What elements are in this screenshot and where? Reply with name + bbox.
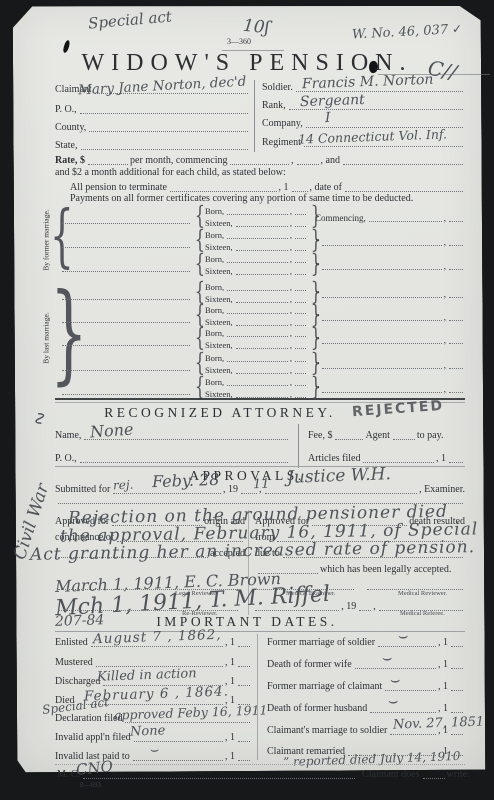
sixteen-label: Sixteen, [205,218,233,228]
footer-rule [55,764,465,765]
dotted-line [451,665,463,669]
dotted-line [170,188,277,192]
dotted-line [451,643,463,647]
submitted-date: Feby. 28 [152,470,220,491]
year-prefix: , 1 [225,751,235,762]
field-county: County, [55,122,250,133]
dotted-line [322,294,441,298]
dotted-line [393,436,415,440]
field-former-marriage-soldier: Former marriage of soldier, 1 [267,637,465,648]
medical-reviewer-label: Medical Reviewer. [398,590,447,597]
dotted-line [227,333,288,337]
comma: , [290,206,292,216]
dotted-line [80,459,288,463]
payments-note: Payments on all former certificates cove… [70,193,465,204]
company-value: I [325,110,331,126]
ditto-mark: ” [315,241,319,247]
dotted-line [449,218,463,222]
important-dates-title: IMPORTANT DATES. [0,614,494,630]
dotted-line [449,294,463,298]
and-label: , and [321,155,340,166]
year-prefix: , 1 [225,637,235,648]
death-former-husband-value: ⌣ [388,691,399,711]
year-prefix: , 1 [438,659,448,670]
year-prefix: , 1 [225,732,235,743]
comma: , [290,218,292,228]
field-fee: Fee, $ Agent to pay. [308,430,465,441]
brace-open: { [195,325,205,350]
child-row: { Born,, Sixteen,, } ”, [62,252,465,276]
former-marriage-soldier-value: ⌣ [398,626,409,646]
dotted-line [133,757,223,761]
child-name-line [62,367,190,371]
comma: , [290,242,292,252]
enlisted-label: Enlisted [55,637,88,648]
dotted-line [236,345,288,349]
rate-line: Rate, $ per month, commencing , , and [55,155,465,166]
born-line: Born,, [205,280,308,292]
year-prefix: , 1 [279,182,289,193]
born-line: Born,, [205,326,308,338]
child-row: { Born,, Sixteen,, } ”, [62,326,465,350]
mc-value: CNO [75,757,114,779]
dotted-line [88,161,128,165]
born-label: Born, [205,282,224,292]
regiment-label: Regiment [262,137,301,148]
comma: , [290,305,292,315]
comma: , [444,213,446,223]
attorney-name-value: None [89,420,134,442]
born-label: Born, [205,377,224,387]
dotted-line [363,459,434,463]
born-line: Born,, [205,351,308,363]
dotted-line [89,128,248,132]
born-line: Born,, [205,228,308,240]
dotted-line [449,340,463,344]
terminate-line: All pension to terminate , 1 , date of [70,182,465,193]
po-label: P. O., [55,104,77,115]
dotted-line [295,247,306,251]
dotted-line [295,287,306,291]
born-sixteen-pair: Born,, Sixteen,, [205,326,308,350]
soldier-label: Soldier. [262,82,293,93]
dotted-line [295,235,306,239]
dotted-line [230,161,289,165]
year-prefix: , 1 [436,453,446,464]
dotted-line [236,370,288,374]
dotted-line [295,271,306,275]
stamp-overwrite-mark: 10ʃ [242,16,270,39]
per-month-label: per month, commencing [130,155,227,166]
dotted-line [238,682,250,686]
dotted-line [227,211,288,215]
child-row: { Born,, Sixteen,, } ”, [62,351,465,375]
comma: , [444,360,446,370]
dotted-line [322,365,441,369]
approvals-section-title: APPROVALS. [0,468,494,484]
dotted-line [451,709,463,713]
dotted-line [322,266,441,270]
born-line: Born,, [205,375,308,387]
dotted-line [295,370,306,374]
dotted-line [227,358,288,362]
comma: , [290,266,292,276]
dotted-line [297,161,319,165]
dotted-line [238,663,250,667]
invalid-last-paid-value: ⌣ [150,742,160,758]
born-label: Born, [205,328,224,338]
comma: , [290,365,292,375]
dotted-line [227,310,288,314]
year-prefix: , 1 [438,637,448,648]
comma: , [291,155,294,166]
comma: , [444,384,446,394]
invalid-application-value: None [130,723,166,739]
dotted-line [83,775,355,779]
comma: , [290,254,292,264]
ditto-mark: ” [315,293,319,299]
company-label: Company, [262,118,303,129]
fee-label: Fee, $ [308,430,332,441]
form-stamp-number: 3—360 [227,37,251,46]
dotted-line [449,317,463,321]
dotted-line [295,382,306,386]
dotted-line [238,643,250,647]
comma: , [444,335,446,345]
ditto-mark: ” [315,364,319,370]
child-row: { Born,, Sixteen,, } ”, [62,303,465,327]
dotted-line [359,607,371,611]
agent-label: Agent [365,430,389,441]
commencing-cell: ”, [315,237,465,247]
po-label: P. O., [55,453,77,464]
dotted-line [449,459,463,463]
dotted-line [227,259,288,263]
dotted-line [255,607,339,611]
field-po: P. O., [55,104,250,115]
dotted-line [265,490,418,494]
terminate-label: All pension to terminate [70,182,167,193]
child-name-line [62,244,190,248]
comma: , [444,261,446,271]
year-prefix: , 1 [438,681,448,692]
column-divider [254,80,255,152]
commencing-label: Commencing, [315,213,366,223]
name-label: Name, [55,430,81,441]
field-state: State, [55,140,250,151]
born-label: Born, [205,305,224,315]
dotted-line [295,310,306,314]
dotted-line [295,345,306,349]
dotted-line [292,188,308,192]
sixteen-line: Sixteen,, [205,216,308,228]
dotted-line [369,218,442,222]
dotted-line [238,738,250,742]
ditto-mark: ” [315,339,319,345]
rate-label: Rate, $ [55,155,85,166]
declaration-filed-label: Declaration filed [55,713,122,724]
ditto-mark: ” [315,316,319,322]
child-row: { Born,, Sixteen,, } Commencing,, [62,204,465,228]
child-name-line [62,319,190,323]
child-row: { Born,, Sixteen,, } ”, [62,280,465,304]
dotted-line [295,211,306,215]
write-label: write. [447,769,470,780]
claimant-does-label: Claimant does [362,769,420,780]
sixteen-label: Sixteen, [205,340,233,350]
dotted-line [423,775,445,779]
section-rule [55,466,465,467]
born-line: Born,, [205,204,308,216]
dotted-line [343,161,463,165]
submitted-note: rej. [113,478,134,493]
brace-open: { [195,374,205,399]
commencing-cell: ”, [315,360,465,370]
former-marriage-claimant-label: Former marriage of claimant [267,681,382,692]
born-line: Born,, [205,303,308,315]
submitted-year: 11 [253,477,270,493]
approved-right-line4: which has been legally accepted. [255,564,465,575]
sixteen-label: Sixteen, [205,242,233,252]
born-label: Born, [205,230,224,240]
dotted-line [322,389,441,393]
dotted-line [451,731,463,735]
dotted-line [370,709,436,713]
dotted-line [451,687,463,691]
comma: , [290,340,292,350]
child-name-line [62,342,190,346]
scanned-pension-document: Special act 3—360 10ʃ W. No. 46, 037 ✓ C… [0,0,494,800]
dotted-line [236,271,288,275]
year-prefix: , 1 [438,703,448,714]
dotted-line [238,757,250,761]
discharged-label: Discharged [55,676,100,687]
child-row: { Born,, Sixteen,, } ”, [62,375,465,399]
dotted-line [449,266,463,270]
comma: , [444,237,446,247]
form-code: 8—693 [80,781,101,789]
dotted-line [295,259,306,263]
born-label: Born, [205,254,224,264]
dotted-line [81,146,249,150]
children-note-label: and $2 a month additional for each child… [55,167,286,178]
commencing-cell: ”, [315,384,465,394]
examiner-signature: Justice W.H. [287,464,392,488]
born-label: Born, [205,353,224,363]
child-name-line [62,220,190,224]
dotted-line [355,665,436,669]
dotted-line [227,287,288,291]
comma: , [373,601,376,612]
year-prefix: , 1 [225,657,235,668]
column-divider [257,634,258,760]
year-prefix: , 19 [341,601,356,612]
sixteen-line: Sixteen,, [205,264,308,276]
commencing-cell: ”, [315,261,465,271]
claimant-marriage-label: Claimant's marriage to soldier [267,725,387,736]
born-sixteen-pair: Born,, Sixteen,, [205,252,308,276]
state-label: State, [55,140,78,151]
column-divider [298,424,299,468]
rank-value: Sergeant [300,92,365,110]
dotted-line [96,663,223,667]
dotted-line [227,382,288,386]
born-sixteen-pair: Born,, Sixteen,, [205,303,308,327]
mustered-label: Mustered [55,657,93,668]
comma: , [444,289,446,299]
sixteen-line: Sixteen,, [205,363,308,375]
dotted-line [295,333,306,337]
comma: , [290,230,292,240]
commencing-cell: Commencing,, [315,213,465,223]
comma: , [290,377,292,387]
dotted-line [322,317,441,321]
submitted-label: Submitted for [55,484,110,495]
commencing-cell: ”, [315,289,465,299]
legally-accepted-label: which has been legally accepted. [320,564,451,575]
county-label: County, [55,122,86,133]
attorney-section-title: RECOGNIZED ATTORNEY. [55,405,385,421]
claimant-marriage-value: Nov. 27, 1851 [393,714,485,732]
field-attorney-po: P. O., [55,453,290,464]
comma: , [444,312,446,322]
born-sixteen-pair: Born,, Sixteen,, [205,351,308,375]
dotted-line [80,110,248,114]
born-sixteen-pair: Born,, Sixteen,, [205,375,308,399]
child-name-line [62,268,190,272]
ditto-mark: ” [315,388,319,394]
child-name-line [62,391,190,395]
payments-note-label: Payments on all former certificates cove… [70,193,413,204]
brace-open: { [195,251,205,276]
death-former-wife-value: ⌣ [382,648,393,668]
claimant-does-write-line: Claimant doeswrite. [362,769,465,780]
articles-label: Articles filed [308,453,360,464]
dotted-line [295,223,306,227]
dotted-line [295,358,306,362]
sixteen-line: Sixteen,, [205,338,308,350]
death-former-wife-label: Death of former wife [267,659,352,670]
dotted-line [345,188,463,192]
comma: , [290,353,292,363]
date-of-label: , date of [310,182,343,193]
invalid-application-label: Invalid appl'n filed [55,732,131,743]
commencing-cell: ”, [315,312,465,322]
dotted-line [322,242,441,246]
to-pay-label: to pay. [417,430,444,441]
dotted-line [236,223,288,227]
dotted-line [449,365,463,369]
sixteen-label: Sixteen, [205,266,233,276]
sixteen-label: Sixteen, [205,365,233,375]
comma: , [290,282,292,292]
former-marriage-claimant-value: ⌣ [390,670,401,690]
child-row: { Born,, Sixteen,, } ”, [62,228,465,252]
dotted-line [449,242,463,246]
born-sixteen-pair: Born,, Sixteen,, [205,228,308,252]
dotted-line [335,436,363,440]
dotted-line [236,247,288,251]
children-allowance-note: and $2 a month additional for each child… [55,167,465,178]
field-former-marriage-claimant: Former marriage of claimant, 1 [267,681,465,692]
dotted-line [449,389,463,393]
field-death-former-husband: Death of former husband, 1 [267,703,465,714]
sixteen-line: Sixteen,, [205,240,308,252]
ditto-mark: ” [315,265,319,271]
dotted-line [322,340,441,344]
born-line: Born,, [205,252,308,264]
year-prefix: , 19 [223,484,238,495]
death-former-husband-label: Death of former husband [267,703,367,714]
commencing-cell: ”, [315,335,465,345]
born-label: Born, [205,206,224,216]
former-marriage-soldier-label: Former marriage of soldier [267,637,375,648]
field-death-former-wife: Death of former wife, 1 [267,659,465,670]
examiner-label: , Examiner. [419,484,465,495]
dotted-line [227,235,288,239]
rank-label: Rank, [262,100,286,111]
child-name-line [62,296,190,300]
check-mark: ✓ [452,22,463,36]
comma: , [290,328,292,338]
field-mustered: Mustered, 1 [55,657,252,668]
born-sixteen-pair: Born,, Sixteen,, [205,280,308,304]
field-articles-filed: Articles filed , 1 [308,453,465,464]
born-sixteen-pair: Born,, Sixteen,, [205,204,308,228]
